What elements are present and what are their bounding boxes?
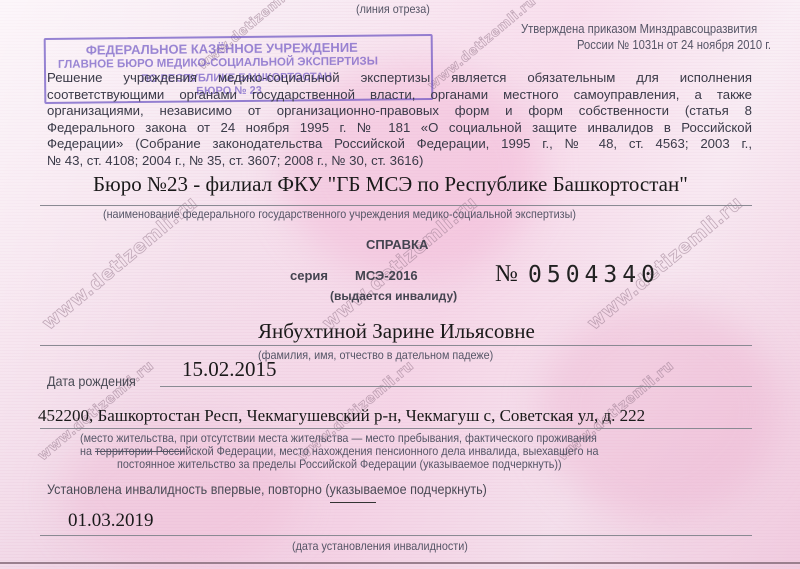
approval-line-2: России № 1031н от 24 ноября 2010 г.	[577, 38, 771, 52]
person-full-name: Янбухтиной Зарине Ильясовне	[258, 319, 535, 344]
legal-line: Федерации» (Собрание законодательства Ро…	[47, 136, 752, 153]
birth-date-label: Дата рождения	[47, 373, 136, 389]
address-caption-line-1: (место жительства, при отсутствии места …	[80, 431, 597, 445]
institution-name: Бюро №23 - филиал ФКУ "ГБ МСЭ по Республ…	[93, 172, 688, 197]
certificate-title: СПРАВКА	[366, 237, 428, 252]
legal-line: Федерального закона от 24 ноября 1995 г.…	[47, 120, 752, 137]
institution-caption: (наименование федерального государственн…	[103, 207, 576, 221]
birth-date: 15.02.2015	[182, 357, 277, 382]
struck-text: территории Росси	[95, 444, 185, 458]
repeat-underline	[330, 502, 376, 503]
bottom-edge	[0, 562, 800, 564]
series-label: серия	[290, 268, 328, 283]
legal-line: организациями, независимо от организацио…	[47, 103, 752, 120]
issued-to-note: (выдается инвалиду)	[330, 289, 457, 303]
address-value: 452200, Башкортостан Респ, Чекмагушевски…	[38, 406, 645, 426]
series-value: МСЭ-2016	[355, 268, 418, 283]
legal-line: соответствующими органами государственно…	[47, 87, 752, 104]
disability-date-underline	[40, 535, 752, 536]
legal-line: Решение учреждения медико-социальной экс…	[47, 70, 752, 87]
address-caption-line-2: на территории Российской Федерации, мест…	[80, 444, 598, 458]
legal-line: № 43, ст. 4108; 2004 г., № 35, ст. 3607;…	[47, 153, 752, 170]
disability-date-caption: (дата установления инвалидности)	[292, 539, 468, 553]
name-caption: (фамилия, имя, отчество в дательном паде…	[258, 348, 493, 362]
certificate-number: 0504340	[528, 262, 660, 288]
address-underline	[40, 428, 752, 429]
number-sign: №	[495, 261, 518, 288]
address-caption-line-3: постоянное жительство за пределы Российс…	[117, 457, 562, 471]
name-underline	[40, 345, 752, 346]
caption-prefix: на	[80, 444, 95, 458]
stamp-line-2: ГЛАВНОЕ БЮРО МЕДИКО-СОЦИАЛЬНОЙ ЭКСПЕРТИЗ…	[58, 56, 378, 71]
legal-paragraph: Решение учреждения медико-социальной экс…	[47, 70, 752, 169]
caption-rest: йской Федерации, место нахождения пенсио…	[185, 444, 598, 458]
approval-line-1: Утверждена приказом Минздравсоцразвития	[521, 22, 757, 36]
disability-established-text: Установлена инвалидность впервые, повтор…	[47, 481, 487, 497]
stamp-line-1: ФЕДЕРАЛЬНОЕ КАЗЁННОЕ УЧРЕЖДЕНИЕ	[86, 40, 358, 58]
birth-date-underline	[160, 386, 752, 387]
disability-date: 01.03.2019	[68, 510, 154, 532]
cut-line-label: (линия отреза)	[356, 2, 430, 16]
institution-underline	[40, 205, 752, 206]
